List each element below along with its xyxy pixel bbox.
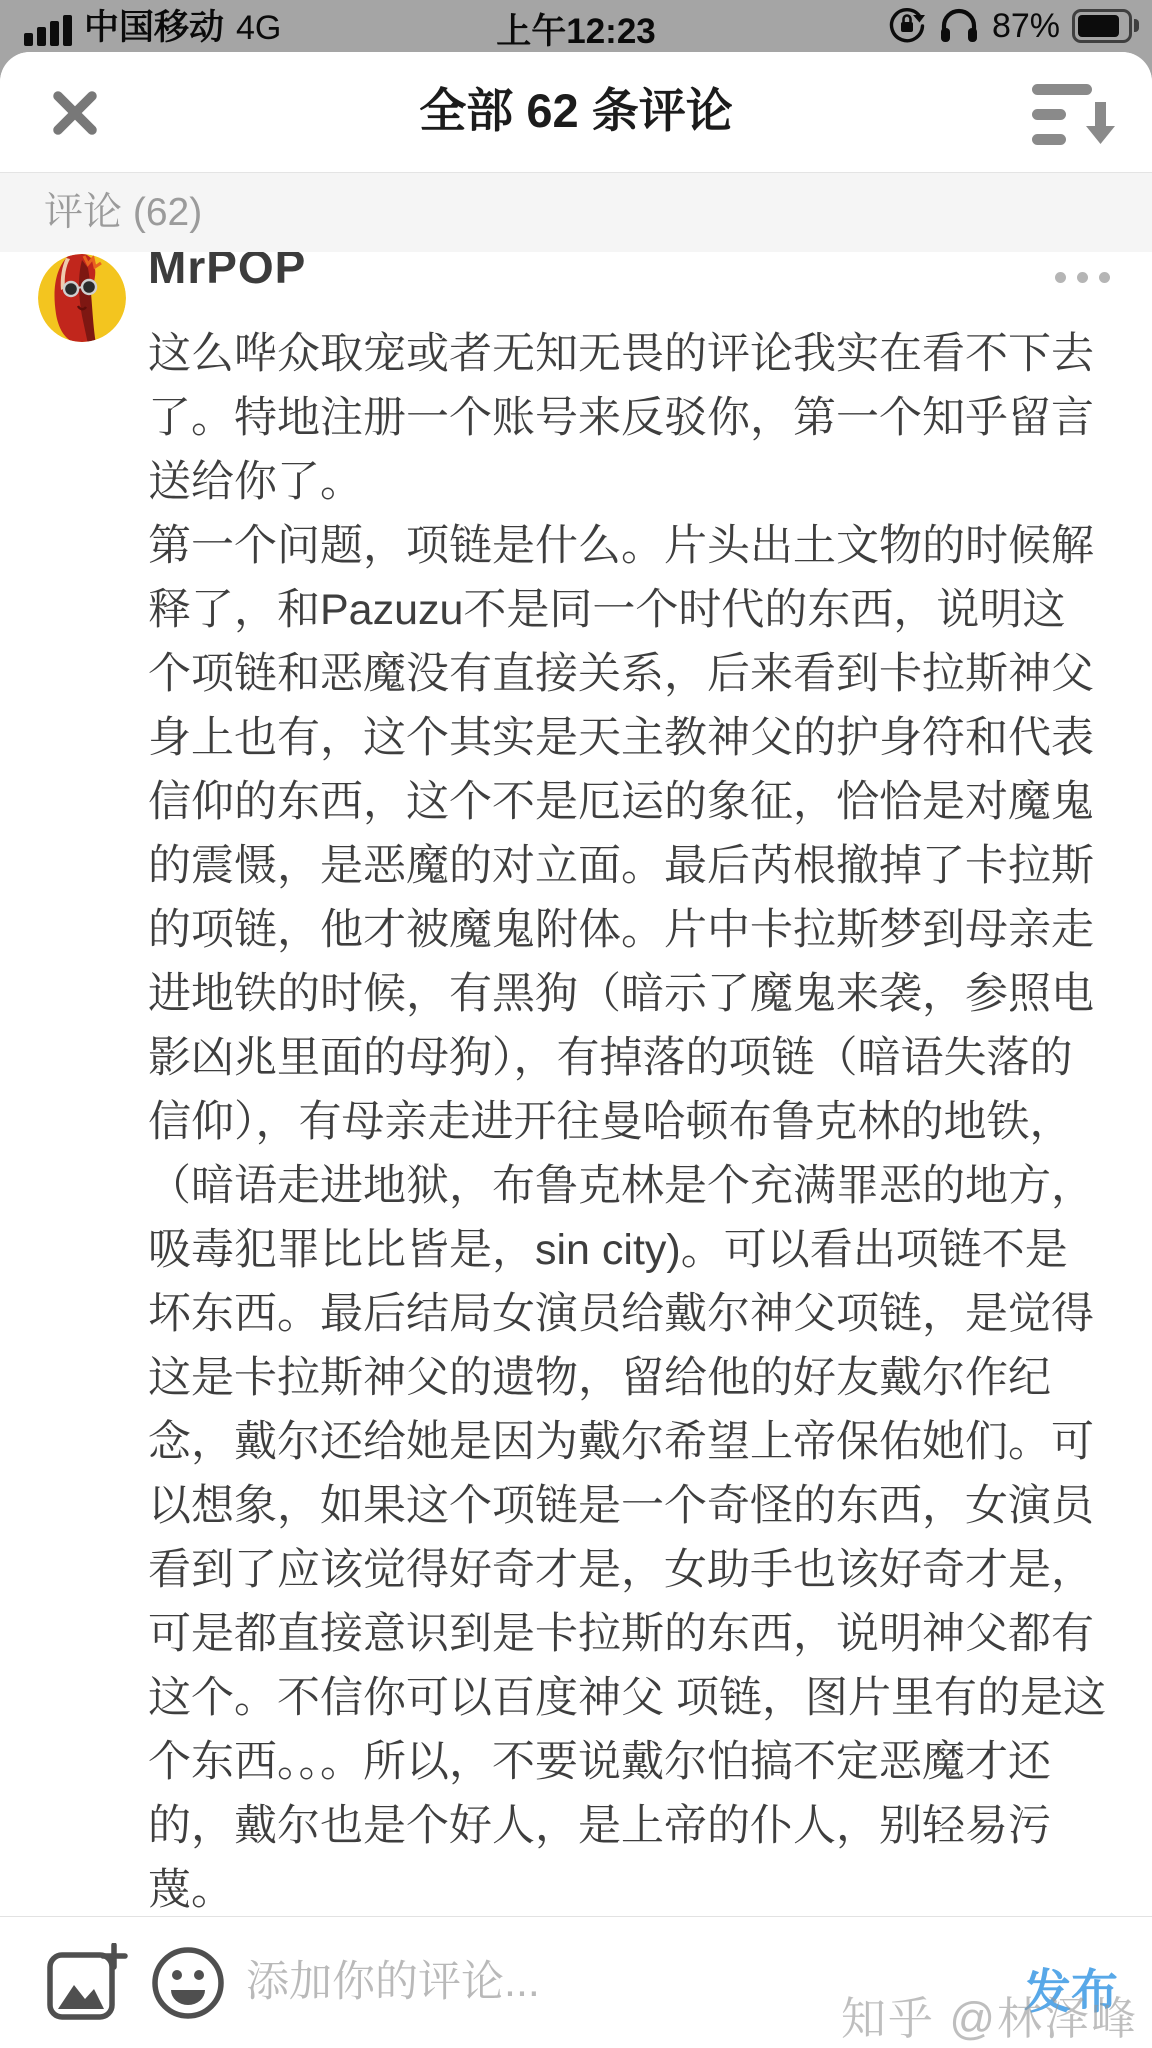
comment-line: 这么哗众取宠或者无知无畏的评论我实在看不下去 (148, 322, 1138, 386)
comment-line: 看到了应该觉得好奇才是，女助手也该好奇才是， (148, 1538, 1138, 1602)
comments-modal: 全部 62 条评论 评论 (62) (0, 52, 1152, 2048)
modal-title: 全部 62 条评论 (0, 52, 1152, 172)
emoji-button[interactable] (150, 1945, 226, 2021)
comment-count-band: 评论 (62) (0, 172, 1152, 252)
comment-line: 的项链，他才被魔鬼附体。片中卡拉斯梦到母亲走 (148, 898, 1138, 962)
username-clip: MrPOP (148, 252, 306, 294)
comment-line: 可是都直接意识到是卡拉斯的东西，说明神父都有 (148, 1602, 1138, 1666)
emoji-icon (150, 1945, 226, 2021)
comment-line: 个东西。。。所以，不要说戴尔怕搞不定恶魔才还 (148, 1730, 1138, 1794)
comment-input[interactable]: 添加你的评论... (246, 1917, 892, 2048)
comment-line: 这是卡拉斯神父的遗物，留给他的好友戴尔作纪 (148, 1346, 1138, 1410)
comment-input-placeholder: 添加你的评论... (246, 1958, 540, 2006)
comment-line: 送给你了。 (148, 450, 1138, 514)
rotation-lock-icon (888, 5, 926, 48)
comment-line: 信仰），有母亲走进开往曼哈顿布鲁克林的地铁， (148, 1090, 1138, 1154)
screen: 中国移动 4G 上午12:23 87% (0, 0, 1152, 2048)
comment-line: 的，戴尔也是个好人，是上帝的仆人，别轻易污 (148, 1794, 1138, 1858)
comment-line: 身上也有，这个其实是天主教神父的护身符和代表 (148, 706, 1138, 770)
comment-line: 的震慑，是恶魔的对立面。最后芮根撤掉了卡拉斯 (148, 834, 1138, 898)
comment-line: 念，戴尔还给她是因为戴尔希望上帝保佑她们。可 (148, 1410, 1138, 1474)
add-image-icon (46, 1943, 132, 2023)
comment-line: （暗语走进地狱，布鲁克林是个充满罪恶的地方， (148, 1154, 1138, 1218)
publish-button[interactable]: 发布 (1024, 1955, 1118, 2022)
sort-button[interactable] (1030, 82, 1122, 148)
more-horizontal-icon (1055, 272, 1066, 283)
battery-icon (1072, 9, 1132, 43)
modal-header: 全部 62 条评论 (0, 52, 1152, 172)
avatar[interactable] (38, 254, 126, 342)
comment-line: 坏东西。最后结局女演员给戴尔神父项链，是觉得 (148, 1282, 1138, 1346)
comment-composer: 添加你的评论... 发布 (0, 1916, 1152, 2048)
username[interactable]: MrPOP (148, 252, 306, 294)
comment-line: 了。特地注册一个账号来反驳你，第一个知乎留言 (148, 386, 1138, 450)
comment-count-label: 评论 (62) (44, 173, 1152, 252)
comment-list: MrPOP 这么哗众取宠或者无知无畏的评论我实在看不下去 了。特地注册一个账号来… (0, 252, 1152, 1916)
comment-line: 个项链和恶魔没有直接关系，后来看到卡拉斯神父 (148, 642, 1138, 706)
comment-line: 进地铁的时候，有黑狗（暗示了魔鬼来袭，参照电 (148, 962, 1138, 1026)
comment-line: 第一个问题，项链是什么。片头出土文物的时候解 (148, 514, 1138, 578)
headphones-icon (938, 4, 980, 49)
comment-line: 信仰的东西，这个不是厄运的象征，恰恰是对魔鬼 (148, 770, 1138, 834)
comment-text: 这么哗众取宠或者无知无畏的评论我实在看不下去 了。特地注册一个账号来反驳你，第一… (148, 322, 1138, 1916)
comment-line: 这个。不信你可以百度神父 项链，图片里有的是这 (148, 1666, 1138, 1730)
comment-line: 以想象，如果这个项链是一个奇怪的东西，女演员 (148, 1474, 1138, 1538)
status-bar: 中国移动 4G 上午12:23 87% (0, 0, 1152, 52)
comment-line: 吸毒犯罪比比皆是，sin city)。可以看出项链不是 (148, 1218, 1138, 1282)
more-button[interactable] (1049, 266, 1116, 289)
sort-descending-icon (1030, 82, 1122, 148)
comment-line: 释了，和Pazuzu不是同一个时代的东西，说明这 (148, 578, 1138, 642)
comment-line: 影凶兆里面的母狗），有掉落的项链（暗语失落的 (148, 1026, 1138, 1090)
battery-percent-label: 87% (992, 7, 1060, 46)
comment-line: 蔑。 (148, 1858, 1138, 1916)
add-image-button[interactable] (46, 1943, 132, 2023)
status-right: 87% (888, 4, 1132, 48)
